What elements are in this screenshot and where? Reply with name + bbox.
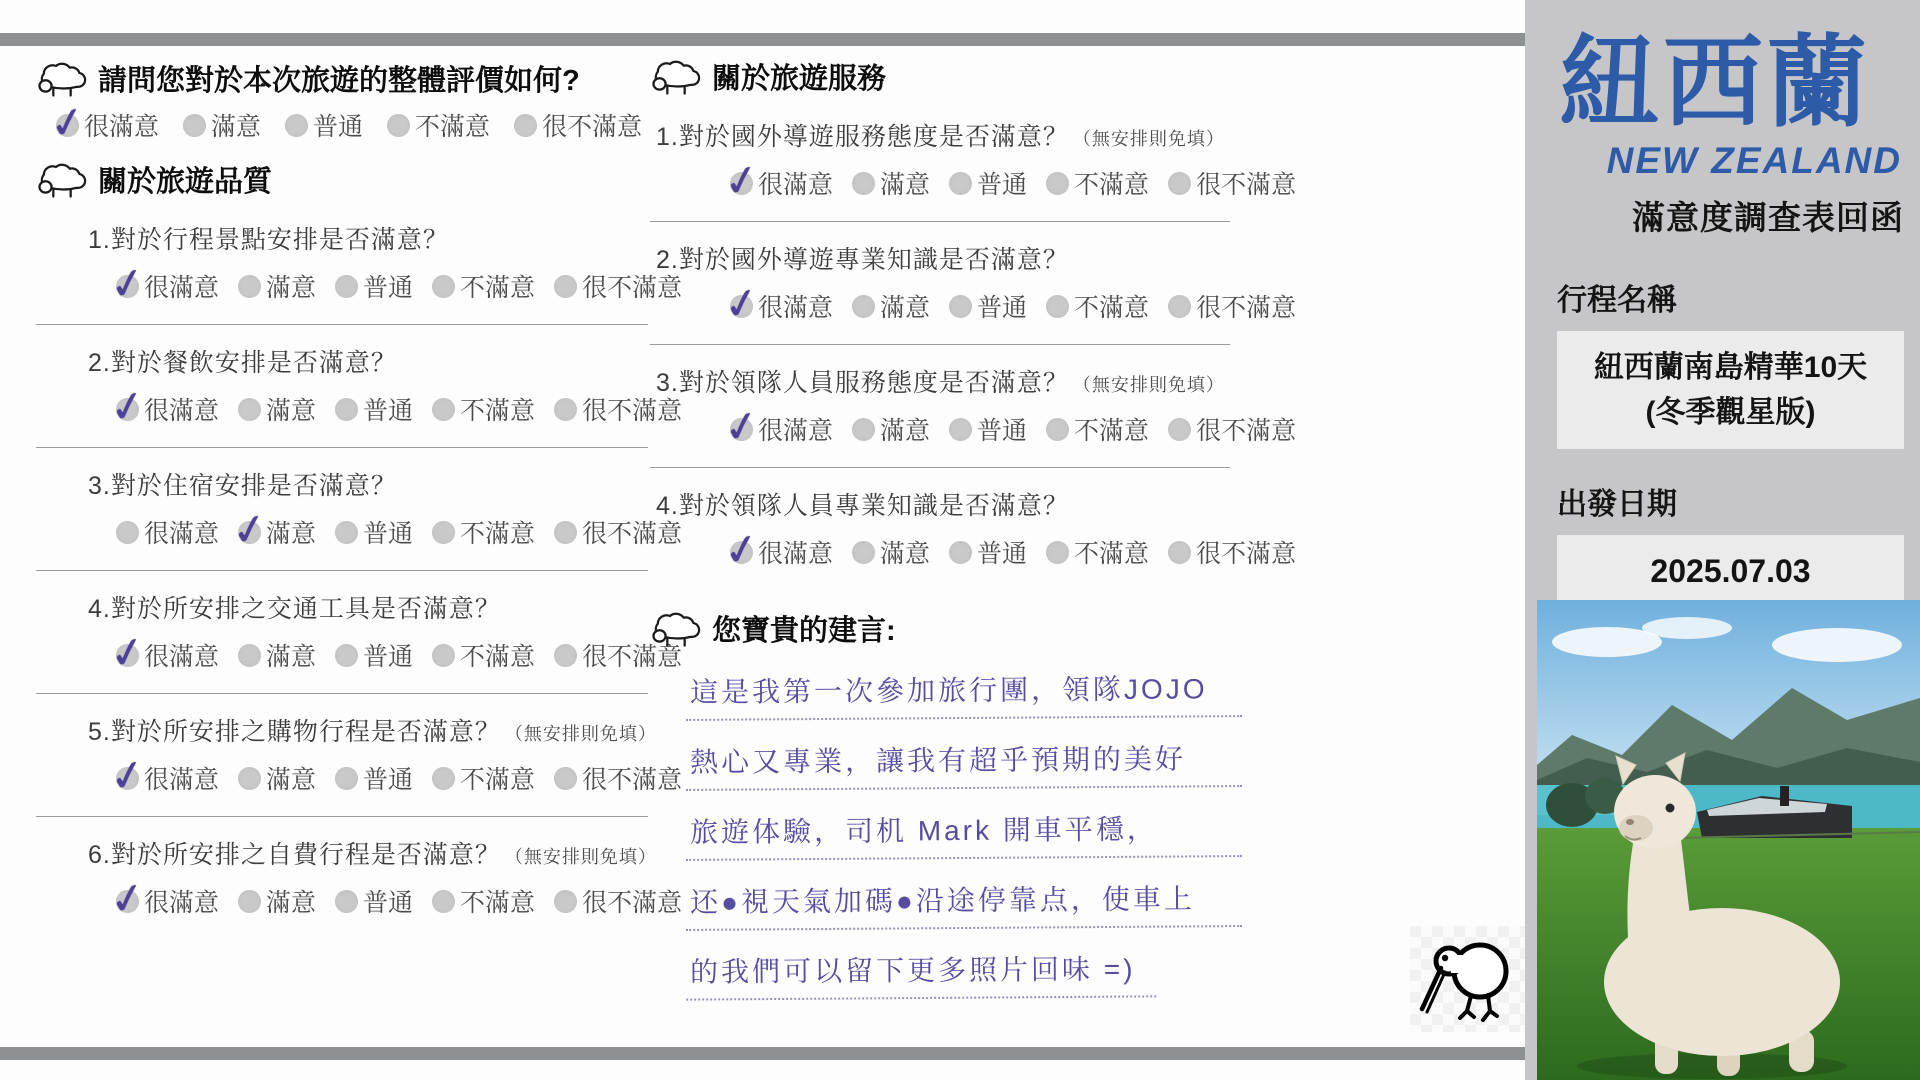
question-text: 5.對於所安排之購物行程是否滿意？ — [88, 718, 501, 746]
handwritten-comment-line: 的我們可以留下更多照片回味 =) — [686, 941, 1156, 1000]
handwritten-comment-line: 旅遊体驗，司机 Mark 開車平穩， — [686, 801, 1242, 861]
radio-circle-icon — [1046, 295, 1069, 318]
question-note: （無安排則免填） — [1073, 129, 1225, 149]
comments-section: 您寶貴的建言: 這是我第一次參加旅行團，領隊JOJO 熱心又專業，讓我有超乎預期… — [650, 608, 1230, 999]
radio-option: 普通 — [335, 514, 413, 550]
options-row: 很滿意滿意普通不滿意很不滿意 — [116, 637, 648, 673]
radio-option-label: 普通 — [977, 534, 1027, 570]
radio-option: 不滿意 — [432, 760, 535, 796]
radio-circle-icon — [1046, 418, 1069, 441]
radio-circle-icon — [335, 644, 358, 667]
radio-option-label: 很滿意 — [144, 514, 219, 550]
radio-option-label: 滿意 — [266, 883, 316, 919]
radio-option-label: 普通 — [363, 760, 413, 796]
radio-option-label: 很滿意 — [758, 288, 833, 324]
options-row: 很滿意滿意普通不滿意很不滿意 — [116, 391, 648, 427]
service-section-heading: 關於旅遊服務 — [650, 56, 1230, 97]
radio-circle-icon — [949, 295, 972, 318]
radio-option-label: 普通 — [363, 268, 413, 304]
radio-circle-icon — [1168, 172, 1191, 195]
radio-option-label: 很滿意 — [758, 165, 833, 201]
question-quality-2: 2.對於餐飲安排是否滿意？ 很滿意滿意普通不滿意很不滿意 — [36, 331, 648, 448]
radio-circle-icon — [1168, 295, 1191, 318]
question-text: 3.對於住宿安排是否滿意？ — [88, 472, 397, 500]
radio-circle-icon — [852, 172, 875, 195]
survey-right-column: 關於旅遊服務 1.對於國外導遊服務態度是否滿意？（無安排則免填） 很滿意滿意普通… — [650, 50, 1230, 999]
radio-circle-icon — [116, 275, 139, 298]
quality-section-heading: 關於旅遊品質 — [36, 159, 648, 200]
trip-name-line1: 紐西蘭南島精華10天 — [1563, 345, 1898, 390]
radio-circle-icon — [554, 644, 577, 667]
radio-option-label: 很不滿意 — [542, 107, 642, 143]
radio-option: 滿意 — [238, 268, 316, 304]
radio-circle-icon — [238, 521, 261, 544]
radio-option-label: 滿意 — [880, 411, 930, 447]
radio-option-label: 滿意 — [880, 534, 930, 570]
radio-option-checked: 滿意 — [238, 514, 316, 550]
radio-circle-icon — [730, 172, 753, 195]
radio-circle-icon — [335, 398, 358, 421]
radio-option-label: 很不滿意 — [1196, 165, 1296, 201]
scan-edge-bar-bottom — [0, 1047, 1525, 1060]
survey-scan-page: 請問您對於本次旅遊的整體評價如何? 很滿意滿意普通不滿意很不滿意 關於旅遊品質 … — [0, 0, 1525, 1080]
radio-option: 普通 — [949, 165, 1027, 201]
question-quality-4: 4.對於所安排之交通工具是否滿意？ 很滿意滿意普通不滿意很不滿意 — [36, 577, 648, 694]
radio-option-label: 很滿意 — [144, 391, 219, 427]
radio-option-checked: 很滿意 — [730, 534, 833, 570]
radio-option: 普通 — [949, 288, 1027, 324]
comments-heading: 您寶貴的建言: — [650, 608, 1230, 649]
radio-circle-icon — [116, 644, 139, 667]
radio-option-checked: 很滿意 — [730, 165, 833, 201]
radio-circle-icon — [116, 521, 139, 544]
radio-circle-icon — [238, 275, 261, 298]
radio-circle-icon — [387, 114, 410, 137]
question-quality-5: 5.對於所安排之購物行程是否滿意？（無安排則免填） 很滿意滿意普通不滿意很不滿意 — [36, 700, 648, 817]
question-text: 1.對於國外導遊服務態度是否滿意？ — [656, 123, 1069, 151]
radio-option: 滿意 — [852, 165, 930, 201]
handwritten-comment-line: 熱心又專業，讓我有超乎預期的美好 — [686, 731, 1242, 791]
radio-circle-icon — [852, 541, 875, 564]
radio-option-label: 普通 — [363, 637, 413, 673]
radio-option: 普通 — [949, 411, 1027, 447]
radio-option-checked: 很滿意 — [730, 411, 833, 447]
radio-option-label: 很不滿意 — [1196, 288, 1296, 324]
radio-option-label: 普通 — [313, 107, 363, 143]
radio-option-label: 普通 — [363, 391, 413, 427]
radio-circle-icon — [116, 398, 139, 421]
radio-option: 不滿意 — [432, 883, 535, 919]
radio-option: 不滿意 — [387, 107, 490, 143]
radio-circle-icon — [183, 114, 206, 137]
sheep-icon — [650, 57, 702, 97]
scan-edge-bar-top — [0, 33, 1525, 46]
radio-circle-icon — [116, 767, 139, 790]
question-quality-1: 1.對於行程景點安排是否滿意？ 很滿意滿意普通不滿意很不滿意 — [36, 208, 648, 325]
radio-circle-icon — [432, 644, 455, 667]
question-text: 4.對於所安排之交通工具是否滿意？ — [88, 595, 501, 623]
question-text: 4.對於領隊人員專業知識是否滿意？ — [656, 492, 1069, 520]
question-text: 2.對於餐飲安排是否滿意？ — [88, 349, 397, 377]
radio-circle-icon — [432, 890, 455, 913]
radio-option-label: 不滿意 — [1074, 411, 1149, 447]
sidebar-subtitle: 滿意度調查表回函 — [1525, 182, 1920, 239]
radio-option: 不滿意 — [432, 637, 535, 673]
trip-name-label: 行程名稱 — [1525, 239, 1920, 331]
question-service-3: 3.對於領隊人員服務態度是否滿意？（無安排則免填） 很滿意滿意普通不滿意很不滿意 — [650, 351, 1230, 468]
radio-circle-icon — [432, 521, 455, 544]
radio-option-label: 不滿意 — [460, 391, 535, 427]
comments-heading-text: 您寶貴的建言: — [712, 608, 896, 649]
radio-option: 不滿意 — [432, 268, 535, 304]
question-text: 6.對於所安排之自費行程是否滿意？ — [88, 841, 501, 869]
radio-circle-icon — [335, 275, 358, 298]
radio-circle-icon — [730, 541, 753, 564]
radio-circle-icon — [554, 890, 577, 913]
radio-option-label: 不滿意 — [1074, 165, 1149, 201]
question-service-2: 2.對於國外導遊專業知識是否滿意？ 很滿意滿意普通不滿意很不滿意 — [650, 228, 1230, 345]
radio-option: 很不滿意 — [1168, 411, 1296, 447]
radio-circle-icon — [554, 767, 577, 790]
question-quality-6: 6.對於所安排之自費行程是否滿意？（無安排則免填） 很滿意滿意普通不滿意很不滿意 — [36, 823, 648, 939]
radio-circle-icon — [554, 275, 577, 298]
radio-option: 滿意 — [852, 288, 930, 324]
radio-option-checked: 很滿意 — [116, 268, 219, 304]
sidebar-title-zh: 紐西蘭 — [1525, 0, 1920, 138]
departure-date-box: 2025.07.03 — [1557, 535, 1904, 607]
radio-option: 普通 — [335, 760, 413, 796]
radio-circle-icon — [949, 418, 972, 441]
handwritten-comment-line: 还●視天氣加碼●沿途停靠点，使車上 — [686, 871, 1242, 931]
options-row: 很滿意滿意普通不滿意很不滿意 — [730, 411, 1230, 447]
radio-option: 普通 — [335, 391, 413, 427]
radio-option-label: 普通 — [977, 165, 1027, 201]
sidebar-title-en: NEW ZEALAND — [1525, 138, 1920, 182]
options-row: 很滿意滿意普通不滿意很不滿意 — [730, 534, 1230, 570]
radio-option-checked: 很滿意 — [116, 391, 219, 427]
radio-option-label: 很滿意 — [144, 268, 219, 304]
radio-option-label: 普通 — [977, 411, 1027, 447]
radio-option-label: 不滿意 — [460, 268, 535, 304]
question-note: （無安排則免填） — [1073, 375, 1225, 395]
radio-option-label: 很滿意 — [144, 883, 219, 919]
radio-option: 普通 — [335, 268, 413, 304]
departure-date-label: 出發日期 — [1525, 449, 1920, 535]
radio-option-label: 不滿意 — [460, 637, 535, 673]
radio-option-checked: 很滿意 — [730, 288, 833, 324]
question-text: 2.對於國外導遊專業知識是否滿意？ — [656, 246, 1069, 274]
radio-option-label: 普通 — [977, 288, 1027, 324]
radio-option: 普通 — [285, 107, 363, 143]
radio-option-label: 普通 — [363, 514, 413, 550]
radio-option: 不滿意 — [432, 391, 535, 427]
kiwi-stamp — [1410, 926, 1526, 1032]
radio-option: 滿意 — [183, 107, 261, 143]
quality-heading-text: 關於旅遊品質 — [98, 159, 272, 200]
radio-circle-icon — [285, 114, 308, 137]
question-note: （無安排則免填） — [505, 847, 657, 867]
radio-option: 很不滿意 — [1168, 534, 1296, 570]
options-row: 很滿意滿意普通不滿意很不滿意 — [116, 514, 648, 550]
radio-option-checked: 很滿意 — [116, 637, 219, 673]
radio-option-label: 很滿意 — [144, 760, 219, 796]
options-row: 很滿意滿意普通不滿意很不滿意 — [730, 165, 1230, 201]
radio-option-label: 滿意 — [266, 760, 316, 796]
radio-option-label: 滿意 — [211, 107, 261, 143]
radio-option-label: 很不滿意 — [1196, 534, 1296, 570]
radio-circle-icon — [852, 418, 875, 441]
radio-option-label: 滿意 — [266, 268, 316, 304]
radio-option: 滿意 — [238, 883, 316, 919]
question-service-4: 4.對於領隊人員專業知識是否滿意？ 很滿意滿意普通不滿意很不滿意 — [650, 474, 1230, 590]
sheep-icon — [36, 160, 88, 200]
sheep-icon — [650, 609, 702, 649]
options-row: 很滿意滿意普通不滿意很不滿意 — [116, 268, 648, 304]
radio-option: 普通 — [949, 534, 1027, 570]
trip-name-box: 紐西蘭南島精華10天 (冬季觀星版) — [1557, 331, 1904, 449]
options-row: 很滿意滿意普通不滿意很不滿意 — [116, 883, 648, 919]
radio-option-label: 很滿意 — [144, 637, 219, 673]
radio-option-label: 不滿意 — [415, 107, 490, 143]
radio-option: 普通 — [335, 637, 413, 673]
radio-option-label: 不滿意 — [460, 760, 535, 796]
question-note: （無安排則免填） — [505, 724, 657, 744]
radio-circle-icon — [335, 521, 358, 544]
radio-option-label: 滿意 — [266, 514, 316, 550]
radio-option-label: 不滿意 — [1074, 288, 1149, 324]
radio-option-label: 不滿意 — [460, 514, 535, 550]
radio-option: 滿意 — [238, 760, 316, 796]
radio-circle-icon — [335, 767, 358, 790]
radio-option: 滿意 — [238, 391, 316, 427]
radio-option: 滿意 — [852, 534, 930, 570]
radio-option-checked: 很滿意 — [116, 883, 219, 919]
radio-option-label: 滿意 — [266, 637, 316, 673]
radio-circle-icon — [432, 275, 455, 298]
question-text: 3.對於領隊人員服務態度是否滿意？ — [656, 369, 1069, 397]
radio-option-label: 不滿意 — [460, 883, 535, 919]
radio-circle-icon — [949, 172, 972, 195]
radio-option-checked: 很滿意 — [116, 760, 219, 796]
survey-left-column: 請問您對於本次旅遊的整體評價如何? 很滿意滿意普通不滿意很不滿意 關於旅遊品質 … — [36, 52, 648, 945]
radio-option: 很不滿意 — [1168, 288, 1296, 324]
radio-option: 很滿意 — [116, 514, 219, 550]
radio-circle-icon — [554, 521, 577, 544]
radio-option-label: 普通 — [363, 883, 413, 919]
overall-section-heading: 請問您對於本次旅遊的整體評價如何? — [36, 58, 648, 99]
sheep-icon — [36, 59, 88, 99]
radio-option-checked: 很滿意 — [56, 107, 159, 143]
question-text: 1.對於行程景點安排是否滿意？ — [88, 226, 449, 254]
radio-circle-icon — [949, 541, 972, 564]
radio-circle-icon — [432, 398, 455, 421]
alpaca-photo — [1537, 600, 1920, 1080]
radio-option: 滿意 — [852, 411, 930, 447]
question-quality-3: 3.對於住宿安排是否滿意？ 很滿意滿意普通不滿意很不滿意 — [36, 454, 648, 571]
radio-option: 很不滿意 — [1168, 165, 1296, 201]
radio-option: 很不滿意 — [514, 107, 642, 143]
radio-option: 不滿意 — [1046, 165, 1149, 201]
handwritten-comment-line: 這是我第一次參加旅行團，領隊JOJO — [686, 661, 1242, 721]
radio-option-label: 很滿意 — [758, 411, 833, 447]
radio-option: 不滿意 — [432, 514, 535, 550]
radio-option: 普通 — [335, 883, 413, 919]
options-row: 很滿意滿意普通不滿意很不滿意 — [730, 288, 1230, 324]
radio-circle-icon — [238, 767, 261, 790]
radio-circle-icon — [730, 295, 753, 318]
radio-circle-icon — [730, 418, 753, 441]
kiwi-icon — [1418, 933, 1518, 1025]
options-row: 很滿意滿意普通不滿意很不滿意 — [116, 760, 648, 796]
radio-option-label: 很不滿意 — [1196, 411, 1296, 447]
radio-circle-icon — [238, 890, 261, 913]
radio-option-label: 滿意 — [266, 391, 316, 427]
radio-circle-icon — [1046, 172, 1069, 195]
radio-option-label: 滿意 — [880, 288, 930, 324]
radio-circle-icon — [238, 398, 261, 421]
radio-circle-icon — [852, 295, 875, 318]
radio-circle-icon — [335, 890, 358, 913]
question-service-1: 1.對於國外導遊服務態度是否滿意？（無安排則免填） 很滿意滿意普通不滿意很不滿意 — [650, 105, 1230, 222]
radio-option: 不滿意 — [1046, 411, 1149, 447]
radio-option-label: 很滿意 — [84, 107, 159, 143]
radio-circle-icon — [1046, 541, 1069, 564]
overall-options-row: 很滿意滿意普通不滿意很不滿意 — [56, 107, 648, 143]
radio-circle-icon — [116, 890, 139, 913]
radio-circle-icon — [432, 767, 455, 790]
radio-circle-icon — [238, 644, 261, 667]
radio-option: 不滿意 — [1046, 288, 1149, 324]
radio-option: 滿意 — [238, 637, 316, 673]
radio-circle-icon — [1168, 541, 1191, 564]
radio-option-label: 不滿意 — [1074, 534, 1149, 570]
radio-circle-icon — [554, 398, 577, 421]
trip-name-line2: (冬季觀星版) — [1563, 390, 1898, 435]
service-heading-text: 關於旅遊服務 — [712, 56, 886, 97]
radio-circle-icon — [56, 114, 79, 137]
overall-heading-text: 請問您對於本次旅遊的整體評價如何? — [98, 58, 580, 99]
radio-circle-icon — [514, 114, 537, 137]
radio-option: 不滿意 — [1046, 534, 1149, 570]
radio-option-label: 很滿意 — [758, 534, 833, 570]
radio-circle-icon — [1168, 418, 1191, 441]
radio-option-label: 滿意 — [880, 165, 930, 201]
